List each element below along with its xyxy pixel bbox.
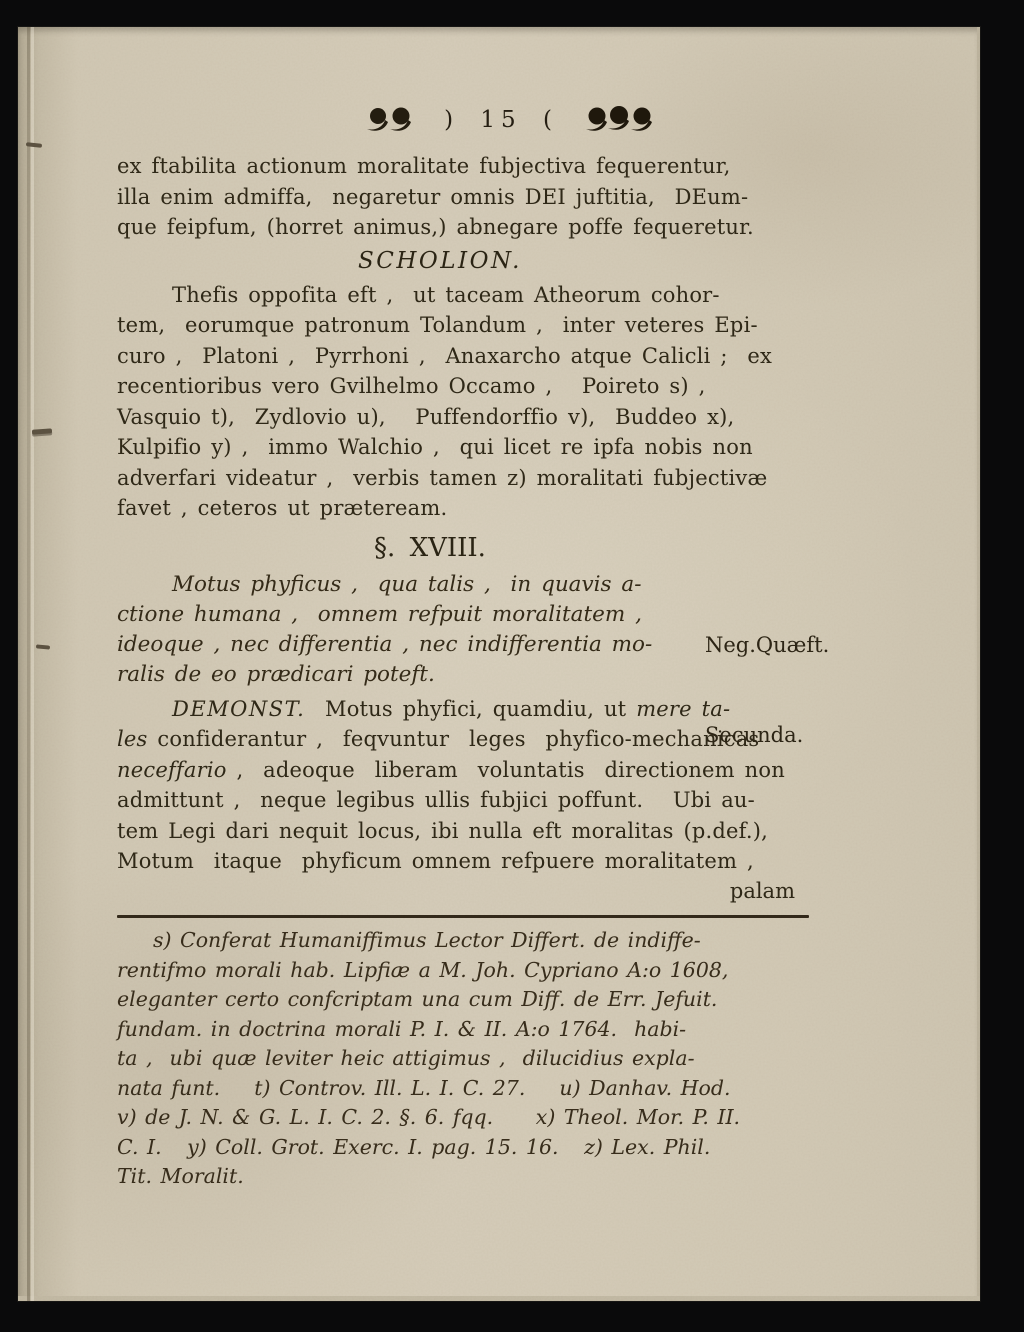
text-line: illa enim admiffa, negaretur omnis DEI j… <box>117 182 823 213</box>
text-line: que feipfum, (horret animus,) abnegare p… <box>117 212 823 243</box>
spine-highlight <box>31 27 34 1301</box>
text-line: Vasquio t), Zydlovio u), Puffendorffio v… <box>117 402 823 433</box>
margin-note-line: Neg.Quæft. <box>705 630 829 660</box>
demonst-label: DEMONST. <box>172 697 305 721</box>
footnotes: s) Conferat Humaniffimus Lector Differt.… <box>117 926 823 1192</box>
scanned-book-photo: { "page_number": ") 15 (", "colors": { "… <box>0 0 1024 1332</box>
text-line: Motum itaque phyficum omnem refpuere mor… <box>117 846 823 877</box>
page-number: ) 15 ( <box>444 107 558 133</box>
book-page: ) 15 ( ex ftabilita actionum moralitate … <box>18 27 980 1301</box>
text-line: Thefis oppofita eft , ut taceam Atheorum… <box>117 280 823 311</box>
section-heading: §. XVIII. <box>117 532 743 564</box>
demonst-line3-rest: , adeoque liberam voluntatis directionem… <box>227 758 785 782</box>
text-line: tem, eorumque patronum Tolandum , inter … <box>117 310 823 341</box>
text-line: favet , ceteros ut præteream. <box>117 493 823 524</box>
text-line: tem Legi dari nequit locus, ibi nulla ef… <box>117 816 823 847</box>
binding-stitch <box>36 644 50 649</box>
page-header: ) 15 ( <box>197 103 823 137</box>
text-line: Kulpifio y) , immo Walchio , qui licet r… <box>117 432 823 463</box>
footnote-line: eleganter certo confcriptam una cum Diff… <box>117 985 823 1015</box>
scholion-heading: SCHOLION. <box>117 246 763 277</box>
catchword: palam <box>117 877 823 905</box>
footnote-line: rentifmo morali hab. Lipfiæ a M. Joh. Cy… <box>117 956 823 986</box>
footnote-line: Tit. Moralit. <box>117 1162 823 1192</box>
text-line: recentioribus vero Gvilhelmo Occamo , Po… <box>117 371 823 402</box>
footnote-rule <box>117 915 809 919</box>
binding-stitch <box>32 428 52 434</box>
printer-ornament-icon <box>584 105 656 135</box>
footnote-line: nata funt. t) Controv. Ill. L. I. C. 27.… <box>117 1074 823 1104</box>
demonst-line3-italic: neceffario <box>117 758 227 782</box>
demonst-line2-rest: confiderantur , feqvuntur leges phyfico-… <box>148 727 760 751</box>
spine-crease <box>27 27 30 1301</box>
footnote-line: v) de J. N. & G. L. I. C. 2. §. 6. fqq. … <box>117 1103 823 1133</box>
text-line: ex ftabilita actionum moralitate fubject… <box>117 151 823 182</box>
demonst-line2-italic: les <box>117 727 148 751</box>
text-line: adverfari videatur , verbis tamen z) mor… <box>117 463 823 494</box>
page-content: ) 15 ( ex ftabilita actionum moralitate … <box>117 103 823 1192</box>
demonst-line1-rest: Motus phyfici, quamdiu, ut <box>305 697 636 721</box>
scholion-paragraph: Thefis oppofita eft , ut taceam Atheorum… <box>117 280 823 524</box>
paragraph-continuation: ex ftabilita actionum moralitate fubject… <box>117 151 823 243</box>
margin-note-line: Secunda. <box>705 720 829 750</box>
margin-note: Neg.Quæft. Secunda. <box>705 570 829 810</box>
footnote-line: C. I. y) Coll. Grot. Exerc. I. pag. 15. … <box>117 1133 823 1163</box>
text-line: curo , Platoni , Pyrrhoni , Anaxarcho at… <box>117 341 823 372</box>
footnote-line: fundam. in doctrina morali P. I. & II. A… <box>117 1015 823 1045</box>
thesis-block: Motus phyficus , qua talis , in quavis a… <box>117 570 823 690</box>
printer-ornament-icon <box>364 106 418 134</box>
footnote-line: s) Conferat Humaniffimus Lector Differt.… <box>117 926 823 956</box>
footnote-line: ta , ubi quæ leviter heic attigimus , di… <box>117 1044 823 1074</box>
